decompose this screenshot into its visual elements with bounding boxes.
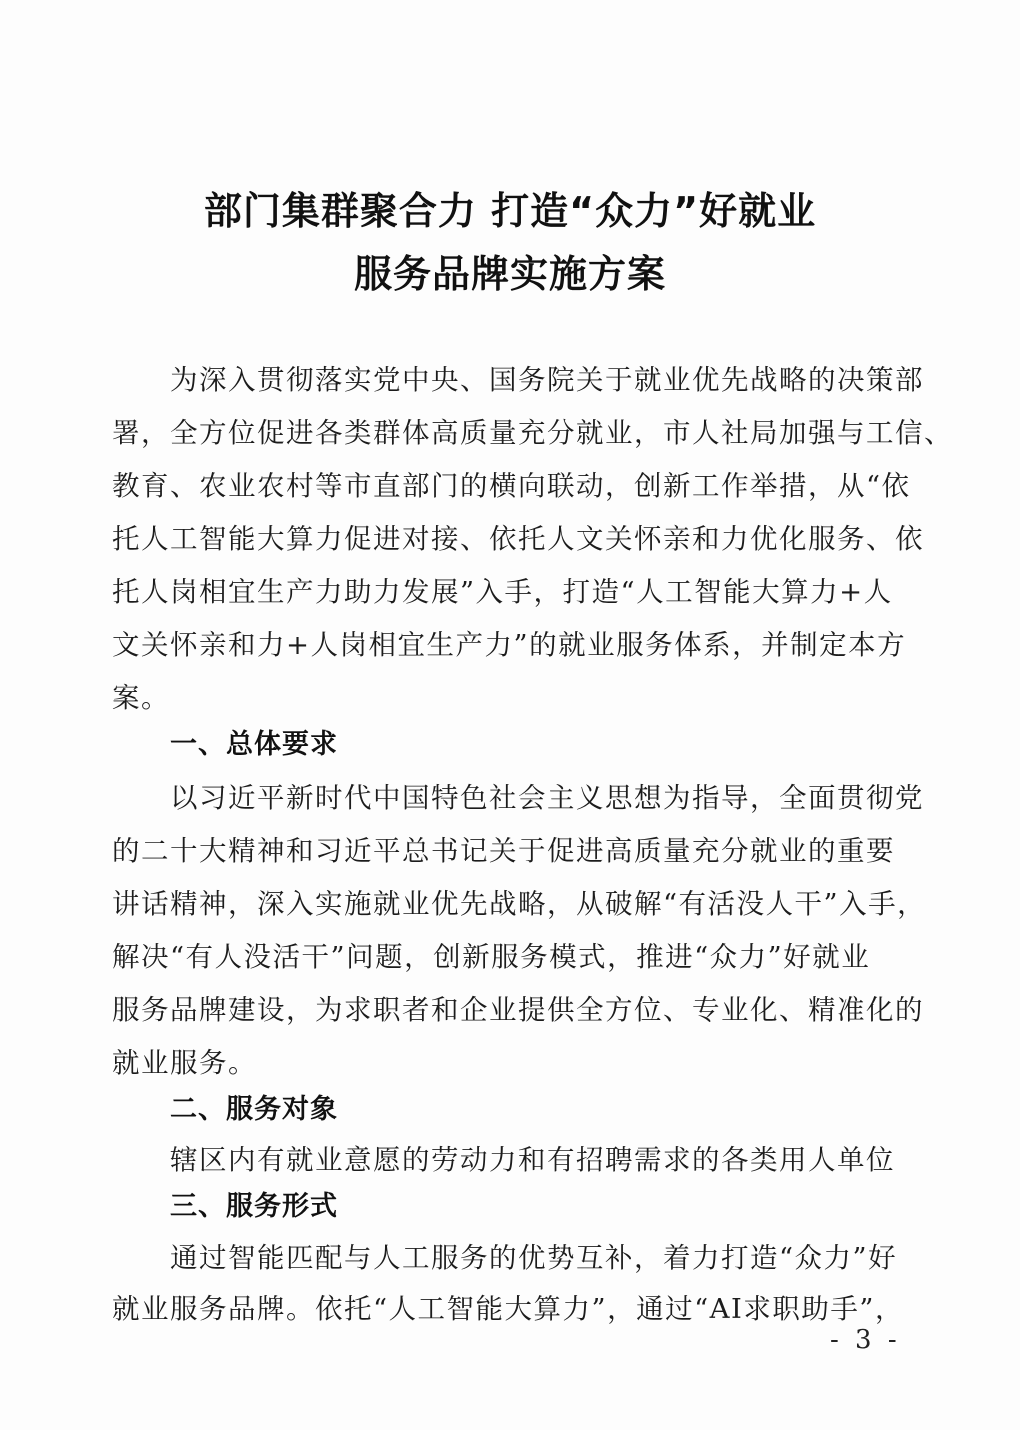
section-line: 通过智能匹配与人工服务的优势互补，着力打造“众力”好 <box>170 1235 912 1275</box>
intro-line: 案。 <box>112 675 912 715</box>
document-title-line-2: 服务品牌实施方案 <box>0 243 1020 298</box>
intro-line: 托人工智能大算力促进对接、依托人文关怀亲和力优化服务、依 <box>112 516 912 556</box>
intro-line: 文关怀亲和力+人岗相宜生产力”的就业服务体系，并制定本方 <box>112 622 912 662</box>
section-line: 服务品牌建设，为求职者和企业提供全方位、专业化、精准化的 <box>112 987 912 1027</box>
intro-line: 署，全方位促进各类群体高质量充分就业，市人社局加强与工信、 <box>112 410 912 450</box>
document-page: 部门集群聚合力 打造“众力”好就业 服务品牌实施方案 为深入贯彻落实党中央、国务… <box>0 0 1020 1430</box>
section-heading: 一、总体要求 <box>170 722 338 761</box>
page-number: - 3 - <box>830 1325 901 1355</box>
section-line: 解决“有人没活干”问题，创新服务模式，推进“众力”好就业 <box>112 934 912 974</box>
section-heading: 三、服务形式 <box>170 1184 338 1223</box>
intro-line: 托人岗相宜生产力助力发展”入手，打造“人工智能大算力+人 <box>112 569 912 609</box>
section-line: 就业服务。 <box>112 1040 912 1080</box>
intro-line: 教育、农业农村等市直部门的横向联动，创新工作举措，从“依 <box>112 463 912 503</box>
section-line: 讲话精神，深入实施就业优先战略，从破解“有活没人干”入手， <box>112 881 912 921</box>
section-line: 的二十大精神和习近平总书记关于促进高质量充分就业的重要 <box>112 828 912 868</box>
section-line: 就业服务品牌。依托“人工智能大算力”，通过“AI求职助手”， <box>112 1286 912 1326</box>
section-line: 辖区内有就业意愿的劳动力和有招聘需求的各类用人单位 <box>170 1137 912 1177</box>
document-title-line-1: 部门集群聚合力 打造“众力”好就业 <box>0 180 1020 235</box>
section-line: 以习近平新时代中国特色社会主义思想为指导，全面贯彻党 <box>170 775 912 815</box>
intro-line: 为深入贯彻落实党中央、国务院关于就业优先战略的决策部 <box>170 357 912 397</box>
section-heading: 二、服务对象 <box>170 1087 338 1126</box>
